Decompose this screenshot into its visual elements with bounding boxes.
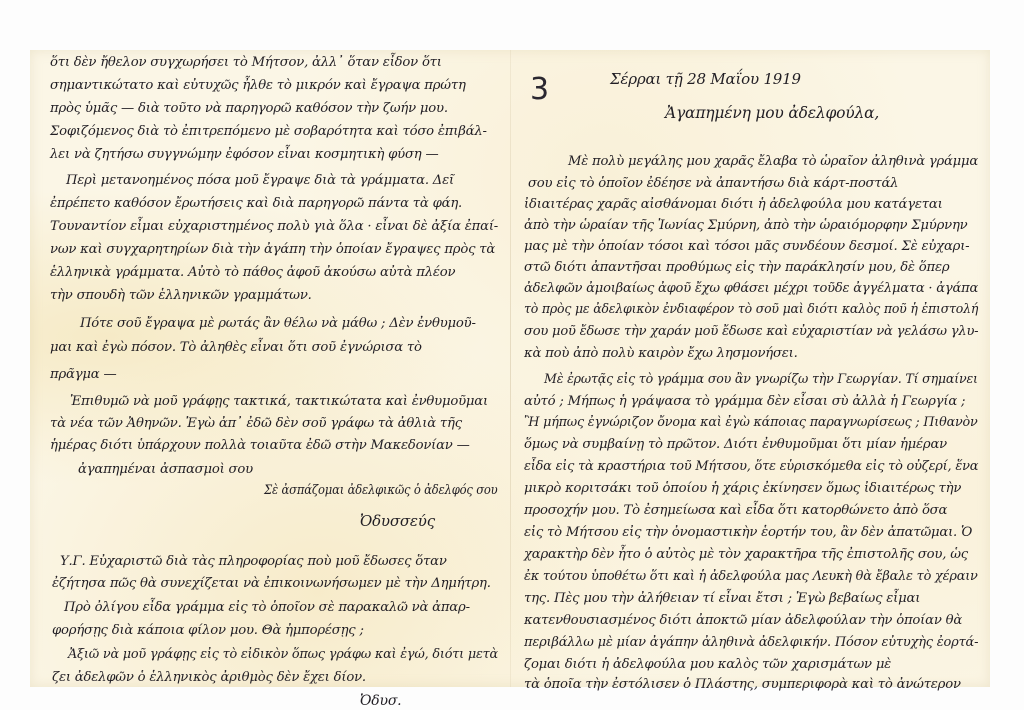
dateline: Σέρραι τῇ 28 Μαΐου 1919 <box>610 70 801 88</box>
letter-line: Σοφιζόμενος διὰ τὸ ἐπιτρεπόμενο μὲ σοβαρ… <box>50 123 487 141</box>
letter-line: ἀπὸ τὴν ὡραίαν τῆς Ἰωνίας Σμύρνη, ἀπὸ τὴ… <box>524 217 967 235</box>
postscript-line: φορήσῃς διὰ κάποια φίλον μου. Θὰ ἠμπορέσ… <box>52 622 364 640</box>
letter-line: αὐτό ; Μήπως ἡ γράψασα τὸ γράμμα δὲν εἶσ… <box>524 393 965 411</box>
letter-line: ζομαι διότι ἡ ἀδελφούλα μου καλὸς τῶν χα… <box>524 656 891 674</box>
postscript-line: ἐζήτησα πῶς θὰ συνεχίζεται νὰ ἐπικοινωνή… <box>52 575 491 593</box>
letter-line: Ἐπιθυμῶ νὰ μοῦ γράφῃς τακτικά, τακτικώτα… <box>70 393 488 411</box>
letter-line: κατενθουσιασμένος διότι ἀποκτῶ μίαν ἀδελ… <box>524 612 962 630</box>
letter-line: σου μοῦ ἔδωσε τὴν χαράν μοῦ ἔδωσε καὶ εὐ… <box>524 323 978 341</box>
letter-line: μικρὸ κοριτσάκι τοῦ ὁποίου ἡ χάρις ἐκίνη… <box>524 480 961 498</box>
letter-line: μαι καὶ ἐγὼ πόσον. Τὸ ἀληθὲς εἶναι ὅτι σ… <box>50 339 422 357</box>
right-page: 3 Σέρραι τῇ 28 Μαΐου 1919 Ἀγαπημένη μου … <box>510 50 990 687</box>
letter-line: σου εἰς τὸ ὁποῖον ἐδέησε νὰ ἀπαντήσω διὰ… <box>528 175 898 193</box>
letter-line: ἡμέρας διότι ὑπάρχουν πολλὰ τοιαῦτα ἐδῶ … <box>50 437 470 455</box>
letter-line: τὴν σπουδὴ τῶν ἑλληνικῶν γραμμάτων. <box>50 287 312 305</box>
letter-line: στῶ διότι ἀπαντῆσαι προθύμως εἰς τὴν παρ… <box>524 259 949 277</box>
letter-line: τὰ νέα τῶν Ἀθηνῶν. Ἐγὼ ἀπ᾽ ἐδῶ δὲν σοῦ γ… <box>50 415 462 433</box>
letter-line: εἶδα εἰς τὰ κραστήρια τοῦ Μήτσου, ὅτε εὑ… <box>524 458 978 476</box>
letter-line: προσοχήν μου. Τὸ ἐσημείωσα καὶ εἶδα ὅτι … <box>524 502 947 520</box>
letter-line: εἰς τὸ Μήτσου εἰς τὴν ὀνομαστικὴν ἑορτήν… <box>524 524 972 542</box>
postscript-line: ζει ἀδελφῶν ὁ ἑλληνικὸς ἀριθμὸς δὲν ἔχει… <box>52 669 366 687</box>
letter-line: ἑλληνικὰ γράμματα. Αὐτὸ τὸ πάθος ἀφοῦ ἀκ… <box>50 264 455 282</box>
letter-line: χαρακτὴρ δὲν ἦτο ὁ αὐτὸς μὲ τὸν χαρακτῆρ… <box>524 546 968 564</box>
letter-line: μας μὲ τὴν ὁποίαν τόσοι καὶ τόσοι μᾶς συ… <box>524 238 969 256</box>
letter-line: πρὸς ὑμᾶς — διὰ τοῦτο νὰ παρηγορῶ καθόσο… <box>50 100 448 118</box>
postscript-line: Ἀξιῶ νὰ μοῦ γράφῃς εἰς τὸ εἰδικὸν ὅπως γ… <box>68 646 498 664</box>
letter-line: περιβάλλω μὲ μίαν ἀγάπην ἀληθινὰ ἀδελφικ… <box>524 634 978 652</box>
left-page: ὅτι δὲν ἤθελον συγχωρήσει τὸ Μήτσον, ἀλλ… <box>30 50 510 687</box>
letter-line: ἐκ τούτου ὑποθέτω ὅτι καὶ ἡ ἀδελφούλα μα… <box>524 568 978 586</box>
letter-line: νων καὶ συγχαρητηρίων διὰ τὴν ἀγάπη τὴν … <box>50 241 495 259</box>
postscript-initials: Ὀδυσ. <box>360 692 401 710</box>
postscript-line: Υ.Γ. Εὐχαριστῶ διὰ τὰς πληροφορίας ποὺ μ… <box>60 553 447 571</box>
letter-line: ὅτι δὲν ἤθελον συγχωρήσει τὸ Μήτσον, ἀλλ… <box>50 54 442 72</box>
salutation: Ἀγαπημένη μου ἀδελφούλα, <box>665 104 879 122</box>
letter-line: κὰ ποὺ ἀπὸ πολὺ καιρὸν ἔχω λησμονήσει. <box>524 345 798 363</box>
letter-line: της. Πὲς μου τὴν ἀλήθειαν τί εἶναι ἔτσι … <box>524 590 920 608</box>
letter-line: Μὲ ἐρωτᾷς εἰς τὸ γράμμα σου ἂν γνωρίζω τ… <box>544 371 978 389</box>
postscript-line: Πρὸ ὀλίγου εἶδα γράμμα εἰς τὸ ὁποῖον σὲ … <box>64 599 470 617</box>
letter-line: σημαντικώτατο καὶ εὐτυχῶς ἦλθε τὸ μικρόν… <box>50 77 466 95</box>
letter-line: Περὶ μετανοημένος πόσα μοῦ ἔγραψε διὰ τὰ… <box>66 172 454 190</box>
letter-line: ἰδιαιτέρας χαρᾶς αἰσθάνομαι διότι ἡ ἀδελ… <box>524 196 943 214</box>
letter-line: ἀγαπημέναι ἀσπασμοὶ σου <box>78 461 253 479</box>
letter-line: λει νὰ ζητήσω συγγνώμην ἐφόσον εἶναι κοσ… <box>50 146 438 164</box>
letter-sheet: ὅτι δὲν ἤθελον συγχωρήσει τὸ Μήτσον, ἀλλ… <box>30 50 990 687</box>
letter-line: Μὲ πολὺ μεγάλης μου χαρᾶς ἔλαβα τὸ ὡραῖο… <box>568 153 978 171</box>
letter-line: ὅμως νὰ συμβαίνῃ τὸ πρῶτον. Διότι ἐνθυμο… <box>524 436 947 454</box>
letter-line: ἀδελφῶν ἀμοιβαίως ἀφοῦ ἔχω φθάσει μέχρι … <box>524 280 978 298</box>
letter-line: Τουναντίον εἶμαι εὐχαριστημένος πολὺ γιὰ… <box>50 218 498 236</box>
letter-line: τὰ ὁποῖα τὴν ἐστόλισεν ὁ Πλάστης, συμπερ… <box>524 676 961 694</box>
letter-line: ἐπρέπετο καθόσον ἔρωτήσεις καὶ διὰ παρηγ… <box>50 195 462 213</box>
letter-line: Πότε σοῦ ἔγραψα μὲ ρωτάς ἂν θέλω νὰ μάθω… <box>80 315 476 333</box>
signature: Ὀδυσσεύς <box>360 512 435 530</box>
page-number: 3 <box>530 72 549 107</box>
closing-line: Σὲ ἀσπάζομαι ἀδελφικῶς ὁ ἀδελφός σου <box>264 482 498 500</box>
letter-line: πρᾶγμα — <box>50 366 116 384</box>
letter-line: Ἢ μήπως ἐγνώριζον ὄνομα καὶ ἐγὼ κάποιας … <box>524 414 978 432</box>
letter-line: τὸ πρὸς με ἀδελφικὸν ἐνδιαφέρον τὸ σοῦ μ… <box>524 301 978 319</box>
